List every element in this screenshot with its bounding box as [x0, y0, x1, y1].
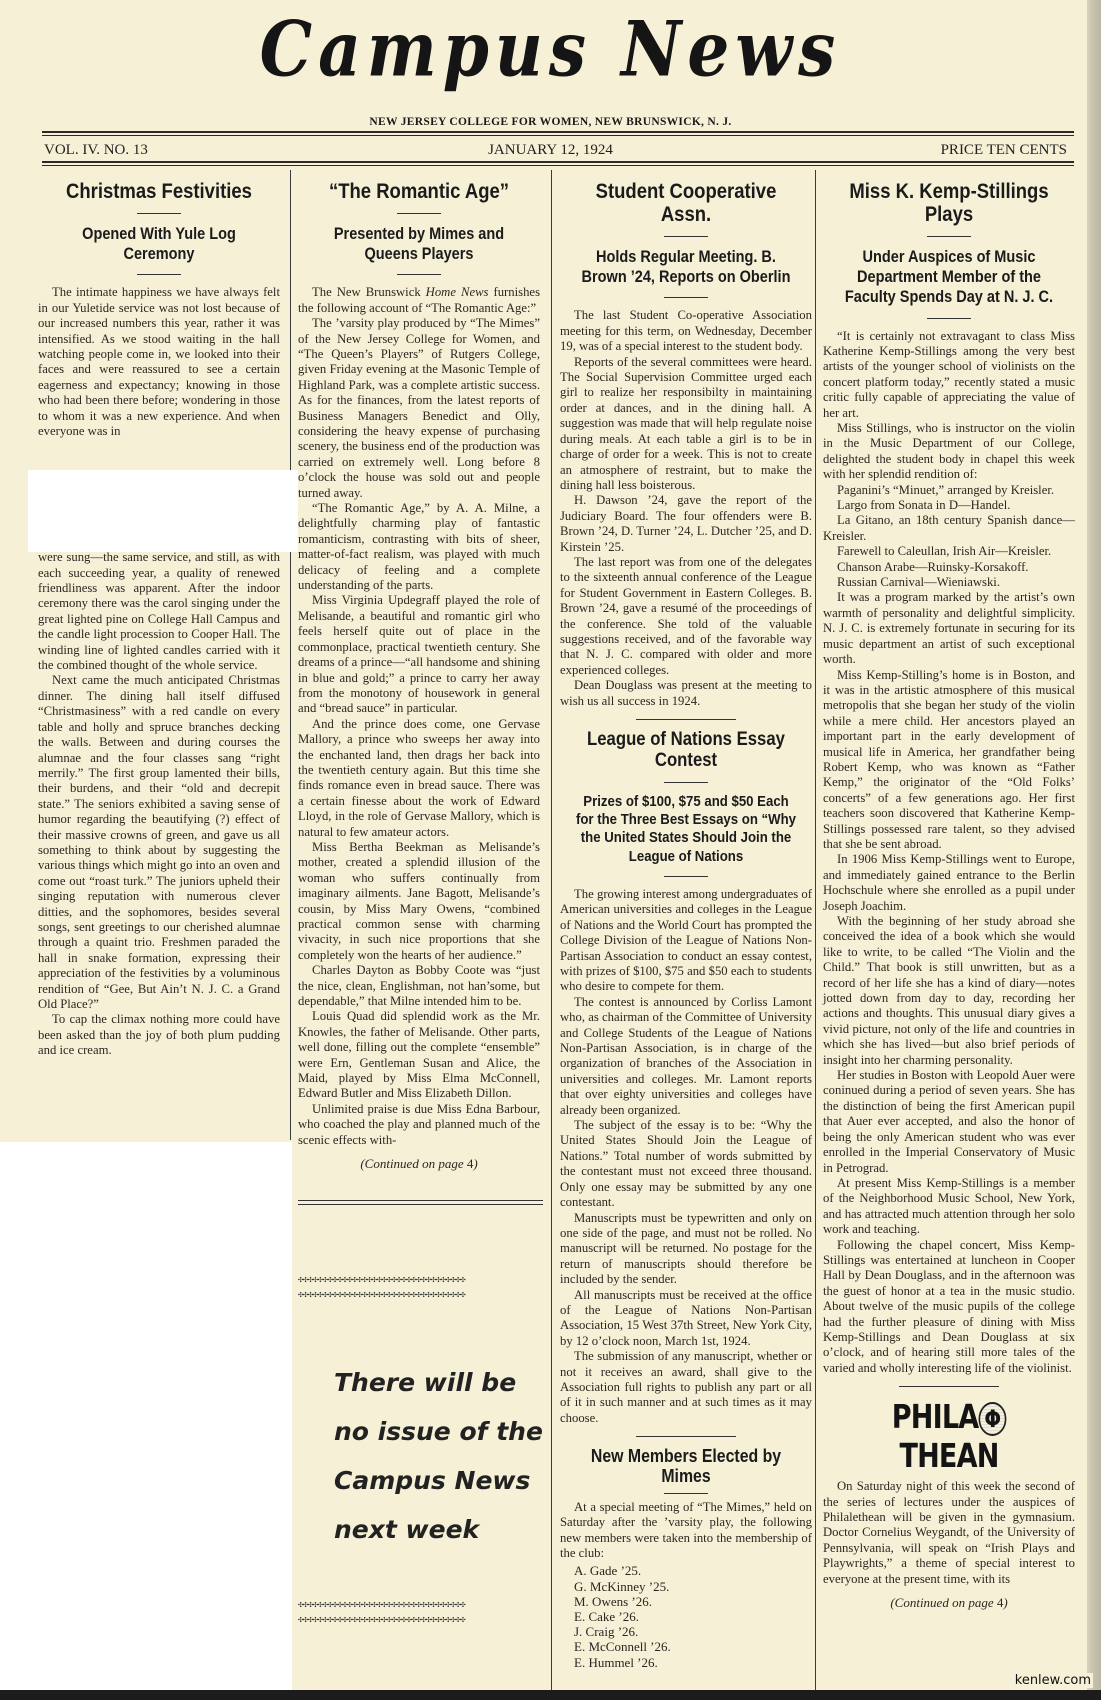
issue-price: PRICE TEN CENTS	[941, 142, 1067, 159]
paragraph: Miss Virginia Updegraff played the role …	[298, 593, 540, 716]
page-edge-shadow	[1087, 0, 1101, 1700]
subheadline: Prizes of $100, $75 and $50 Each for the…	[575, 793, 797, 866]
notice-line: Campus News	[334, 1456, 544, 1505]
divider	[927, 318, 971, 319]
paragraph: Reports of the several committees were h…	[560, 355, 812, 494]
paragraph: Miss Kemp-Stilling’s home is in Boston, …	[823, 668, 1075, 853]
section-rule	[298, 1200, 543, 1205]
program-item: Farewell to Caleullan, Irish Air—Kreisle…	[823, 544, 1075, 559]
list-item: E. McConnell ’26.	[574, 1639, 812, 1654]
subheadline: Opened With Yule Log Ceremony	[53, 224, 266, 264]
divider	[664, 236, 708, 237]
column-divider	[551, 170, 552, 1695]
logo-text: PHILA	[892, 1397, 979, 1436]
paragraph: In 1906 Miss Kemp-Stillings went to Euro…	[823, 852, 1075, 914]
column-three: Student Cooperative Assn. Holds Regular …	[560, 172, 812, 1670]
headline: Christmas Festivities	[53, 180, 266, 203]
article-romantic-age: “The Romantic Age” Presented by Mimes an…	[298, 172, 540, 1172]
divider	[664, 876, 708, 877]
clipping-blank-area	[0, 1142, 292, 1690]
paragraph: At a special meeting of “The Mimes,” hel…	[560, 1500, 812, 1562]
publication-name: Home News	[426, 285, 489, 299]
program-item: La Gitano, an 18th century Spanish dance…	[823, 513, 1075, 544]
paragraph: The intimate happiness we have always fe…	[38, 285, 280, 439]
paragraph: H. Dawson ’24, gave the report of the Ju…	[560, 493, 812, 555]
paragraph: To cap the climax nothing more could hav…	[38, 1012, 280, 1058]
masthead: Campus News NEW JERSEY COLLEGE FOR WOMEN…	[0, 0, 1101, 165]
ornament-border: ✣✣✣✣✣✣✣✣✣✣✣✣✣✣✣✣✣✣✣✣✣✣✣✣✣✣✣✣✣✣✣✣✣✣	[298, 1275, 543, 1285]
continued-page: 4	[467, 1156, 474, 1171]
paragraph: Her studies in Boston with Leopold Auer …	[823, 1068, 1075, 1176]
headline: Student Cooperative Assn.	[575, 180, 797, 226]
subheadline: Holds Regular Meeting. B. Brown ’24, Rep…	[575, 247, 797, 287]
member-list: A. Gade ’25. G. McKinney ’25. M. Owens ’…	[560, 1563, 812, 1669]
subheadline: Under Auspices of Music Department Membe…	[838, 247, 1060, 307]
column-divider	[815, 170, 816, 1695]
paragraph: The New Brunswick Home News furnishes th…	[298, 285, 540, 316]
no-issue-notice: There will be no issue of the Campus New…	[334, 1358, 544, 1554]
program-item: Russian Carnival—Wieniawski.	[823, 575, 1075, 590]
divider	[927, 236, 971, 237]
list-item: A. Gade ’25.	[574, 1563, 812, 1578]
paragraph: Unlimited praise is due Miss Edna Barbou…	[298, 1102, 540, 1148]
divider	[137, 213, 181, 214]
issue-date: JANUARY 12, 1924	[0, 142, 1101, 159]
article-christmas-festivities: Christmas Festivities Opened With Yule L…	[38, 172, 280, 1059]
paragraph: On Saturday night of this week the secon…	[823, 1479, 1075, 1587]
divider	[397, 213, 441, 214]
headline: “The Romantic Age”	[313, 180, 526, 203]
notice-line: no issue of the	[334, 1407, 544, 1456]
article-new-mimes-members: New Members Elected by Mimes At a specia…	[560, 1447, 812, 1670]
ornament-border: ✣✣✣✣✣✣✣✣✣✣✣✣✣✣✣✣✣✣✣✣✣✣✣✣✣✣✣✣✣✣✣✣✣✣	[298, 1600, 543, 1610]
list-item: G. McKinney ’25.	[574, 1579, 812, 1594]
paragraph: The last report was from one of the dele…	[560, 555, 812, 678]
clipping-blank-area	[28, 470, 298, 552]
paragraph: The last Student Co-operative Associatio…	[560, 308, 812, 354]
scan-border	[0, 1690, 1101, 1700]
column-four: Miss K. Kemp-Stillings Plays Under Auspi…	[823, 172, 1075, 1611]
ornament-border: ✣✣✣✣✣✣✣✣✣✣✣✣✣✣✣✣✣✣✣✣✣✣✣✣✣✣✣✣✣✣✣✣✣✣	[298, 1615, 543, 1625]
continued-label: Continued on page	[365, 1156, 464, 1171]
divider	[664, 1493, 708, 1494]
continued-page: 4	[997, 1595, 1004, 1610]
column-divider	[290, 170, 291, 1140]
list-item: E. Cake ’26.	[574, 1609, 812, 1624]
subheadline: Presented by Mimes and Queens Players	[313, 224, 526, 264]
program-item: Paganini’s “Minuet,” arranged by Kreisle…	[823, 483, 1075, 498]
paragraph: The submission of any manuscript, whethe…	[560, 1349, 812, 1426]
divider	[899, 1386, 999, 1387]
logo-text: THEAN	[899, 1436, 998, 1475]
list-item: E. Hummel ’26.	[574, 1655, 812, 1670]
article-student-cooperative: Student Cooperative Assn. Holds Regular …	[560, 180, 812, 709]
masthead-rule	[42, 161, 1074, 166]
article-kemp-stillings: Miss K. Kemp-Stillings Plays Under Auspi…	[823, 180, 1075, 1376]
text: The New Brunswick	[312, 285, 426, 299]
divider	[636, 1436, 736, 1437]
divider	[137, 274, 181, 275]
continued-link[interactable]: (Continued on page 4)	[298, 1156, 540, 1172]
divider	[397, 274, 441, 275]
paragraph: Next came the much anticipated Christmas…	[38, 673, 280, 1012]
paragraph: “It is certainly not extravagant to clas…	[823, 329, 1075, 421]
paragraph: Louis Quad did splendid work as the Mr. …	[298, 1009, 540, 1101]
article-league-of-nations: League of Nations Essay Contest Prizes o…	[560, 730, 812, 1426]
paragraph: The subject of the essay is to be: “Why …	[560, 1118, 812, 1210]
paragraph: At present Miss Kemp-Stillings is a memb…	[823, 1176, 1075, 1238]
masthead-rule	[42, 131, 1074, 136]
paragraph: The growing interest among undergraduate…	[560, 887, 812, 995]
divider	[636, 719, 736, 720]
article-philalethean: PHILAΦTHEAN On Saturday night of this we…	[823, 1397, 1075, 1611]
concert-program: Paganini’s “Minuet,” arranged by Kreisle…	[823, 483, 1075, 591]
continued-link[interactable]: (Continued on page 4)	[823, 1595, 1075, 1611]
newspaper-subtitle: NEW JERSEY COLLEGE FOR WOMEN, NEW BRUNSW…	[0, 116, 1101, 128]
paragraph: All manuscripts must be received at the …	[560, 1288, 812, 1350]
paragraph: Charles Dayton as Bobby Coote was “just …	[298, 963, 540, 1009]
paragraph: The ’varsity play produced by “The Mimes…	[298, 316, 540, 501]
notice-line: There will be	[334, 1358, 544, 1407]
paragraph: It was a program marked by the artist’s …	[823, 590, 1075, 667]
program-item: Largo from Sonata in D—Handel.	[823, 498, 1075, 513]
paragraph: Following the chapel concert, Miss Kemp-…	[823, 1238, 1075, 1377]
watermark: kenlew.com	[1013, 1673, 1093, 1688]
newspaper-title: Campus News	[0, 4, 1101, 94]
paragraph: Manuscripts must be typewritten and only…	[560, 1211, 812, 1288]
paragraph: Miss Bertha Beekman as Melisande’s mothe…	[298, 840, 540, 963]
paragraph: And the prince does come, one Gervase Ma…	[298, 717, 540, 840]
divider	[664, 297, 708, 298]
list-item: J. Craig ’26.	[574, 1624, 812, 1639]
paragraph: Miss Stillings, who is instructor on the…	[823, 421, 1075, 483]
headline: New Members Elected by Mimes	[575, 1447, 797, 1487]
ornament-border: ✣✣✣✣✣✣✣✣✣✣✣✣✣✣✣✣✣✣✣✣✣✣✣✣✣✣✣✣✣✣✣✣✣✣	[298, 1290, 543, 1300]
paragraph: The contest is announced by Corliss Lamo…	[560, 995, 812, 1118]
divider	[664, 782, 708, 783]
continued-label: Continued on page	[895, 1595, 994, 1610]
program-item: Chanson Arabe—Ruinsky-Korsakoff.	[823, 560, 1075, 575]
phi-emblem-icon: Φ	[978, 1402, 1006, 1436]
paragraph: With the beginning of her study abroad s…	[823, 914, 1075, 1068]
notice-line: next week	[334, 1505, 544, 1554]
list-item: M. Owens ’26.	[574, 1594, 812, 1609]
headline: Miss K. Kemp-Stillings Plays	[838, 180, 1060, 226]
paragraph: Dean Douglass was present at the meeting…	[560, 678, 812, 709]
philalethean-logo: PHILAΦTHEAN	[846, 1397, 1053, 1475]
paragraph: “The Romantic Age,” by A. A. Milne, a de…	[298, 501, 540, 593]
headline: League of Nations Essay Contest	[575, 730, 797, 772]
